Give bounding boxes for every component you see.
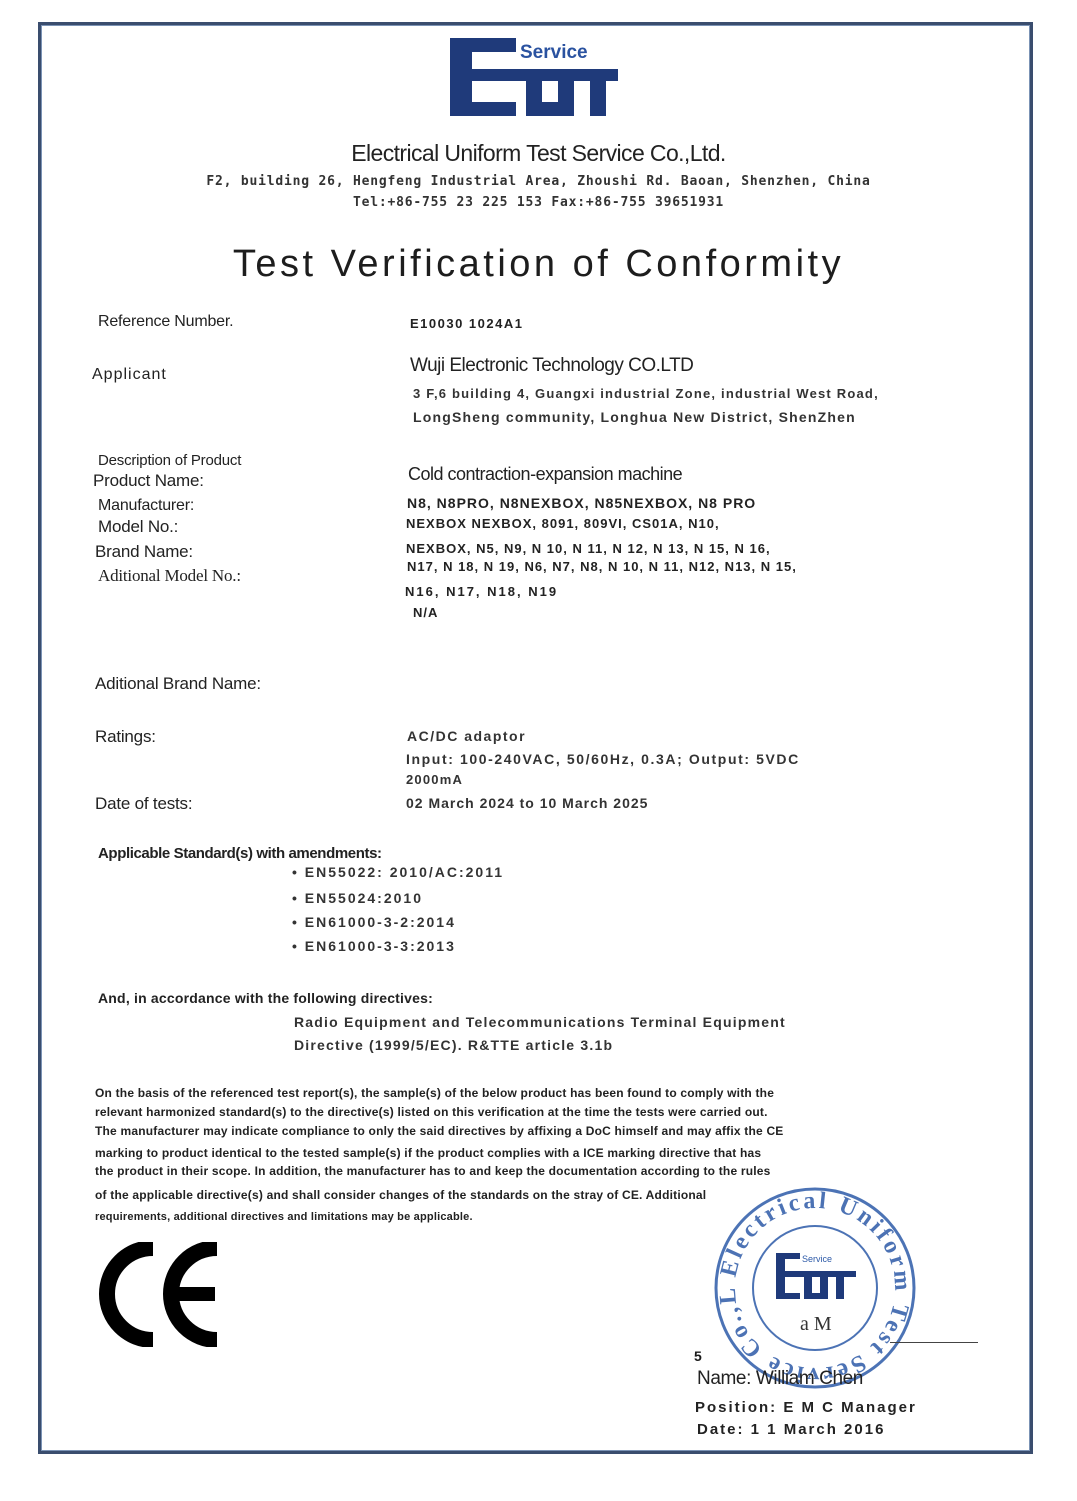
model-no-label: Model No.:: [98, 517, 178, 537]
company-contact: Tel:+86-755 23 225 153 Fax:+86-755 39651…: [0, 195, 1077, 210]
reference-value: E10030 1024A1: [410, 316, 523, 331]
product-name-value: Cold contraction-expansion machine: [408, 464, 682, 485]
model-line: N17, N 18, N 19, N6, N7, N8, N 10, N 11,…: [407, 559, 797, 574]
document-title: Test Verification of Conformity: [0, 243, 1077, 286]
reference-label: Reference Number.: [98, 313, 233, 331]
svg-text:Service: Service: [802, 1254, 832, 1264]
date-of-tests-value: 02 March 2024 to 10 March 2025: [406, 795, 648, 811]
statement-line: The manufacturer may indicate compliance…: [95, 1124, 965, 1138]
standard-item-text: EN61000-3-2:2014: [305, 914, 456, 930]
signature-mark: 5: [694, 1348, 702, 1364]
signature-date: Date: 1 1 March 2016: [697, 1421, 885, 1438]
standards-label: Applicable Standard(s) with amendments:: [98, 845, 382, 862]
standard-item-text: EN55024:2010: [305, 890, 423, 906]
company-name: Electrical Uniform Test Service Co.,Ltd.: [0, 140, 1077, 167]
model-line: N16, N17, N18, N19: [405, 584, 558, 599]
applicant-name: Wuji Electronic Technology CO.LTD: [410, 355, 693, 377]
applicant-address-1: 3 F,6 building 4, Guangxi industrial Zon…: [413, 386, 879, 401]
description-header: Description of Product: [98, 452, 241, 469]
standard-item-text: EN61000-3-3:2013: [305, 938, 456, 954]
directives-label: And, in accordance with the following di…: [98, 990, 433, 1006]
directive-line-1: Radio Equipment and Telecommunications T…: [294, 1014, 786, 1030]
model-line: NEXBOX NEXBOX, 8091, 809VI, CS01A, N10,: [406, 516, 720, 531]
svg-text:Electrical Uniform Test Servic: Electrical Uniform Test Service Co.,Ltd.: [712, 1185, 916, 1388]
ratings-line-2: Input: 100-240VAC, 50/60Hz, 0.3A; Output…: [406, 751, 800, 767]
model-line: N8, N8PRO, N8NEXBOX, N85NEXBOX, N8 PRO: [407, 495, 756, 511]
model-line: N/A: [413, 605, 438, 620]
directive-line-2: Directive (1999/5/EC). R&TTE article 3.1…: [294, 1037, 613, 1053]
statement-line: requirements, additional directives and …: [95, 1211, 655, 1223]
eut-logo: Service: [450, 38, 622, 116]
standard-item-text: EN55022: 2010/AC:2011: [305, 864, 504, 880]
ratings-line-3: 2000mA: [406, 772, 463, 787]
logo-service-text: Service: [520, 42, 588, 63]
statement-line: On the basis of the referenced test repo…: [95, 1086, 965, 1100]
signature-line: [890, 1342, 978, 1343]
manufacturer-label: Manufacturer:: [98, 497, 194, 515]
additional-model-no-label: Aditional Model No.:: [98, 566, 241, 586]
product-name-label: Product Name:: [93, 471, 204, 491]
ratings-label: Ratings:: [95, 727, 156, 747]
company-seal-stamp: Electrical Uniform Test Service Co.,Ltd.…: [712, 1185, 918, 1391]
company-address: F2, building 26, Hengfeng Industrial Are…: [0, 174, 1077, 189]
additional-brand-name-label: Aditional Brand Name:: [95, 674, 261, 694]
date-of-tests-label: Date of tests:: [95, 794, 192, 814]
brand-name-label: Brand Name:: [95, 542, 193, 562]
svg-text:a M: a M: [800, 1313, 832, 1335]
standard-item: • EN61000-3-3:2013: [292, 938, 456, 954]
ratings-line-1: AC/DC adaptor: [407, 728, 526, 744]
applicant-address-2: LongSheng community, Longhua New Distric…: [413, 409, 856, 425]
standard-item: • EN55022: 2010/AC:2011: [292, 864, 504, 880]
statement-line: the product in their scope. In addition,…: [95, 1164, 965, 1178]
ce-mark-icon: [95, 1242, 225, 1347]
statement-line: marking to product identical to the test…: [95, 1146, 965, 1160]
applicant-label: Applicant: [92, 366, 167, 384]
signatory-name: Name: William Chen: [697, 1368, 863, 1390]
statement-line: relevant harmonized standard(s) to the d…: [95, 1105, 965, 1119]
standard-item: • EN61000-3-2:2014: [292, 914, 456, 930]
signatory-position: Position: E M C Manager: [695, 1399, 917, 1416]
model-line: NEXBOX, N5, N9, N 10, N 11, N 12, N 13, …: [406, 541, 771, 556]
standard-item: • EN55024:2010: [292, 890, 423, 906]
